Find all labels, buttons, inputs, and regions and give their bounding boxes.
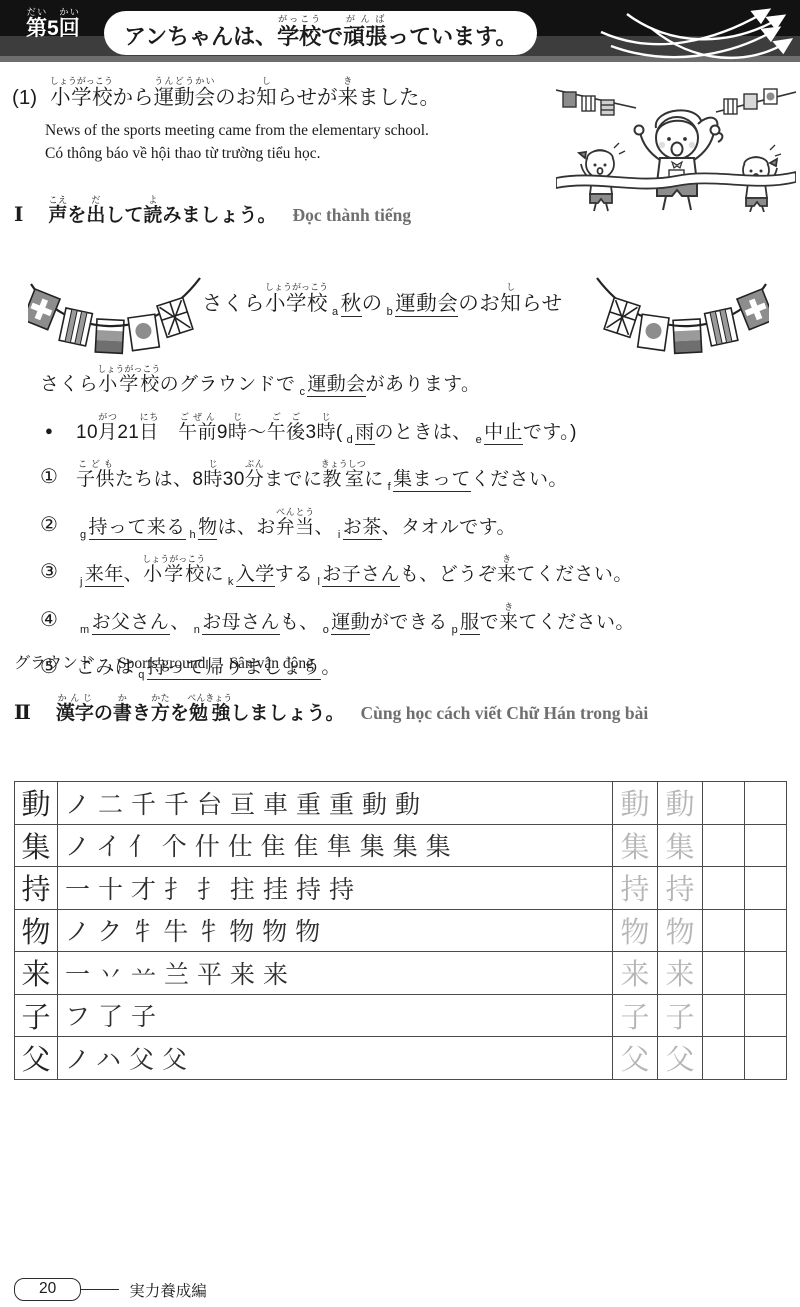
lesson-title-bubble: アンちゃんは、学校がっこうで頑張がんばっています。 bbox=[104, 11, 537, 55]
book-title: 実力養成編 bbox=[129, 1279, 207, 1301]
vocab-vi: Sân vận động bbox=[229, 655, 313, 672]
kanji-row: 来一丷䒑兰平来来来来 bbox=[15, 952, 787, 995]
translation-vietnamese: Có thông báo về hội thao từ trường tiểu … bbox=[45, 145, 321, 163]
practice-kanji: 父 bbox=[658, 1037, 703, 1080]
kanji-row: 持一十才扌扌拄挂持持持持 bbox=[15, 867, 787, 910]
bullet-dot-icon: ● bbox=[45, 412, 53, 450]
footer-divider bbox=[81, 1289, 119, 1290]
practice-cell-empty bbox=[745, 994, 787, 1037]
section-I-heading-jp: 声こえを出だして読よみましょう。 bbox=[48, 205, 276, 226]
flag-bunting-left-icon bbox=[28, 258, 203, 362]
item-marker: ④ bbox=[40, 602, 58, 640]
stroke-order: ノハ父父 bbox=[58, 1037, 613, 1080]
practice-kanji: 物 bbox=[613, 909, 658, 952]
stroke-order: 一十才扌扌拄挂持持 bbox=[58, 867, 613, 910]
section-II-numeral: Ⅱ bbox=[14, 702, 31, 724]
section-II-heading: Ⅱ漢字かんじの書かき方かたを勉強べんきょうしましょう。Cùng học cách… bbox=[14, 692, 648, 735]
notice-item: ①子供こどもたちは、8時じ30分ぶんまでに教室きょうしつにf集まってください。 bbox=[40, 459, 785, 507]
kanji-row: 子フ了子子子 bbox=[15, 994, 787, 1037]
item-text: mお父さん、nお母さんも、o運動ができるp服で来きてください。 bbox=[76, 612, 635, 633]
target-kanji: 物 bbox=[15, 909, 58, 952]
kanji-row: 物ノク牜牛牜物物物物物 bbox=[15, 909, 787, 952]
practice-kanji: 動 bbox=[658, 782, 703, 825]
lesson-title: アンちゃんは、学校がっこうで頑張がんばっています。 bbox=[124, 14, 517, 55]
notice-body: さくら小学校しょうがっこうのグラウンドでc運動会があります。 ●10月がつ21日… bbox=[40, 364, 785, 695]
stroke-order: 一丷䒑兰平来来 bbox=[58, 952, 613, 995]
section-II-heading-jp: 漢字かんじの書かき方かたを勉強べんきょうしましょう。 bbox=[56, 703, 345, 724]
practice-cell-empty bbox=[745, 952, 787, 995]
kanji-row: 集ノイ亻个什仕隹隹隼集集集集集 bbox=[15, 824, 787, 867]
swoosh-arrows-icon bbox=[599, 2, 794, 60]
flag-bunting-right-icon bbox=[594, 258, 769, 362]
practice-cell-empty bbox=[703, 782, 745, 825]
practice-cell-empty bbox=[703, 824, 745, 867]
item-text: j来年、小学校しょうがっこうにk入学するlお子さんも、どうぞ来きてください。 bbox=[76, 564, 633, 585]
practice-kanji: 子 bbox=[658, 994, 703, 1037]
kanji-row: 父ノハ父父父父 bbox=[15, 1037, 787, 1080]
translation-english: News of the sports meeting came from the… bbox=[45, 122, 429, 140]
target-kanji: 子 bbox=[15, 994, 58, 1037]
practice-kanji: 父 bbox=[613, 1037, 658, 1080]
kanji-table-body: 動ノ二千千台亘車重重動動動動集ノイ亻个什仕隹隹隼集集集集集持一十才扌扌拄挂持持持… bbox=[15, 782, 787, 1080]
vocab-note: グラウンドSports groundSân vận động bbox=[14, 650, 314, 673]
section-II-subtitle-vi: Cùng học cách viết Chữ Hán trong bài bbox=[360, 703, 648, 723]
notice-datetime: ●10月がつ21日にち 午前ごぜん9時じ〜午後ごご3時じ(d雨のときは、e中止で… bbox=[40, 412, 785, 460]
target-kanji: 持 bbox=[15, 867, 58, 910]
practice-cell-empty bbox=[745, 824, 787, 867]
notice-datetime-text: 10月がつ21日にち 午前ごぜん9時じ〜午後ごご3時じ(d雨のときは、e中止です… bbox=[76, 422, 577, 443]
notice-banner: さくら小学校しょうがっこうa秋のb運動会のお知しらせ bbox=[0, 258, 800, 364]
practice-cell-empty bbox=[745, 1037, 787, 1080]
practice-cell-empty bbox=[703, 952, 745, 995]
practice-cell-empty bbox=[745, 909, 787, 952]
item-marker: ① bbox=[40, 459, 58, 497]
notice-item: ②g持って来るh物は、お弁当べんとう、iお茶、タオルです。 bbox=[40, 507, 785, 555]
notice-item: ④mお父さん、nお母さんも、o運動ができるp服で来きてください。 bbox=[40, 602, 785, 650]
vocab-jp: グラウンド bbox=[14, 655, 94, 672]
exercise-number: (1) bbox=[12, 86, 37, 109]
vocab-en: Sports ground bbox=[118, 655, 205, 672]
practice-kanji: 集 bbox=[613, 824, 658, 867]
section-I-numeral: Ⅰ bbox=[14, 204, 23, 226]
page-footer: 20 実力養成編 bbox=[14, 1278, 207, 1301]
practice-kanji: 来 bbox=[613, 952, 658, 995]
practice-kanji: 持 bbox=[658, 867, 703, 910]
target-kanji: 来 bbox=[15, 952, 58, 995]
stroke-order: フ了子 bbox=[58, 994, 613, 1037]
practice-kanji: 持 bbox=[613, 867, 658, 910]
exercise-heading: (1)小学校しょうがっこうから運動会うんどうかいのお知しらせが来きました。 bbox=[12, 76, 440, 119]
stroke-order: ノク牜牛牜物物物 bbox=[58, 909, 613, 952]
practice-kanji: 子 bbox=[613, 994, 658, 1037]
item-marker: ③ bbox=[40, 554, 58, 592]
practice-cell-empty bbox=[703, 867, 745, 910]
target-kanji: 父 bbox=[15, 1037, 58, 1080]
race-illustration bbox=[556, 86, 796, 212]
practice-cell-empty bbox=[703, 1037, 745, 1080]
section-I-subtitle-vi: Đọc thành tiếng bbox=[292, 205, 411, 225]
practice-cell-empty bbox=[703, 909, 745, 952]
lesson-number: 第だい5回かい bbox=[26, 7, 80, 46]
section-I-heading: Ⅰ声こえを出だして読よみましょう。Đọc thành tiếng bbox=[14, 194, 411, 237]
practice-cell-empty bbox=[745, 782, 787, 825]
notice-title: さくら小学校しょうがっこうa秋のb運動会のお知しらせ bbox=[202, 282, 563, 333]
kanji-practice-table: 動ノ二千千台亘車重重動動動動集ノイ亻个什仕隹隹隼集集集集集持一十才扌扌拄挂持持持… bbox=[14, 781, 787, 1080]
stroke-order: ノ二千千台亘車重重動動 bbox=[58, 782, 613, 825]
exercise-heading-text: 小学校しょうがっこうから運動会うんどうかいのお知しらせが来きました。 bbox=[50, 86, 440, 109]
target-kanji: 動 bbox=[15, 782, 58, 825]
practice-kanji: 動 bbox=[613, 782, 658, 825]
practice-kanji: 物 bbox=[658, 909, 703, 952]
page-number-badge: 20 bbox=[14, 1278, 81, 1301]
item-text: 子供こどもたちは、8時じ30分ぶんまでに教室きょうしつにf集まってください。 bbox=[76, 469, 568, 490]
practice-kanji: 集 bbox=[658, 824, 703, 867]
stroke-order: ノイ亻个什仕隹隹隼集集集 bbox=[58, 824, 613, 867]
practice-cell-empty bbox=[745, 867, 787, 910]
kanji-row: 動ノ二千千台亘車重重動動動動 bbox=[15, 782, 787, 825]
item-marker: ② bbox=[40, 507, 58, 545]
target-kanji: 集 bbox=[15, 824, 58, 867]
item-text: g持って来るh物は、お弁当べんとう、iお茶、タオルです。 bbox=[76, 517, 516, 538]
practice-kanji: 来 bbox=[658, 952, 703, 995]
notice-item: ③j来年、小学校しょうがっこうにk入学するlお子さんも、どうぞ来きてください。 bbox=[40, 554, 785, 602]
textbook-page: 第だい5回かい アンちゃんは、学校がっこうで頑張がんばっています。 (1)小学校… bbox=[0, 0, 800, 1307]
lesson-header: 第だい5回かい アンちゃんは、学校がっこうで頑張がんばっています。 bbox=[0, 0, 800, 62]
practice-cell-empty bbox=[703, 994, 745, 1037]
notice-intro: さくら小学校しょうがっこうのグラウンドでc運動会があります。 bbox=[40, 364, 785, 412]
